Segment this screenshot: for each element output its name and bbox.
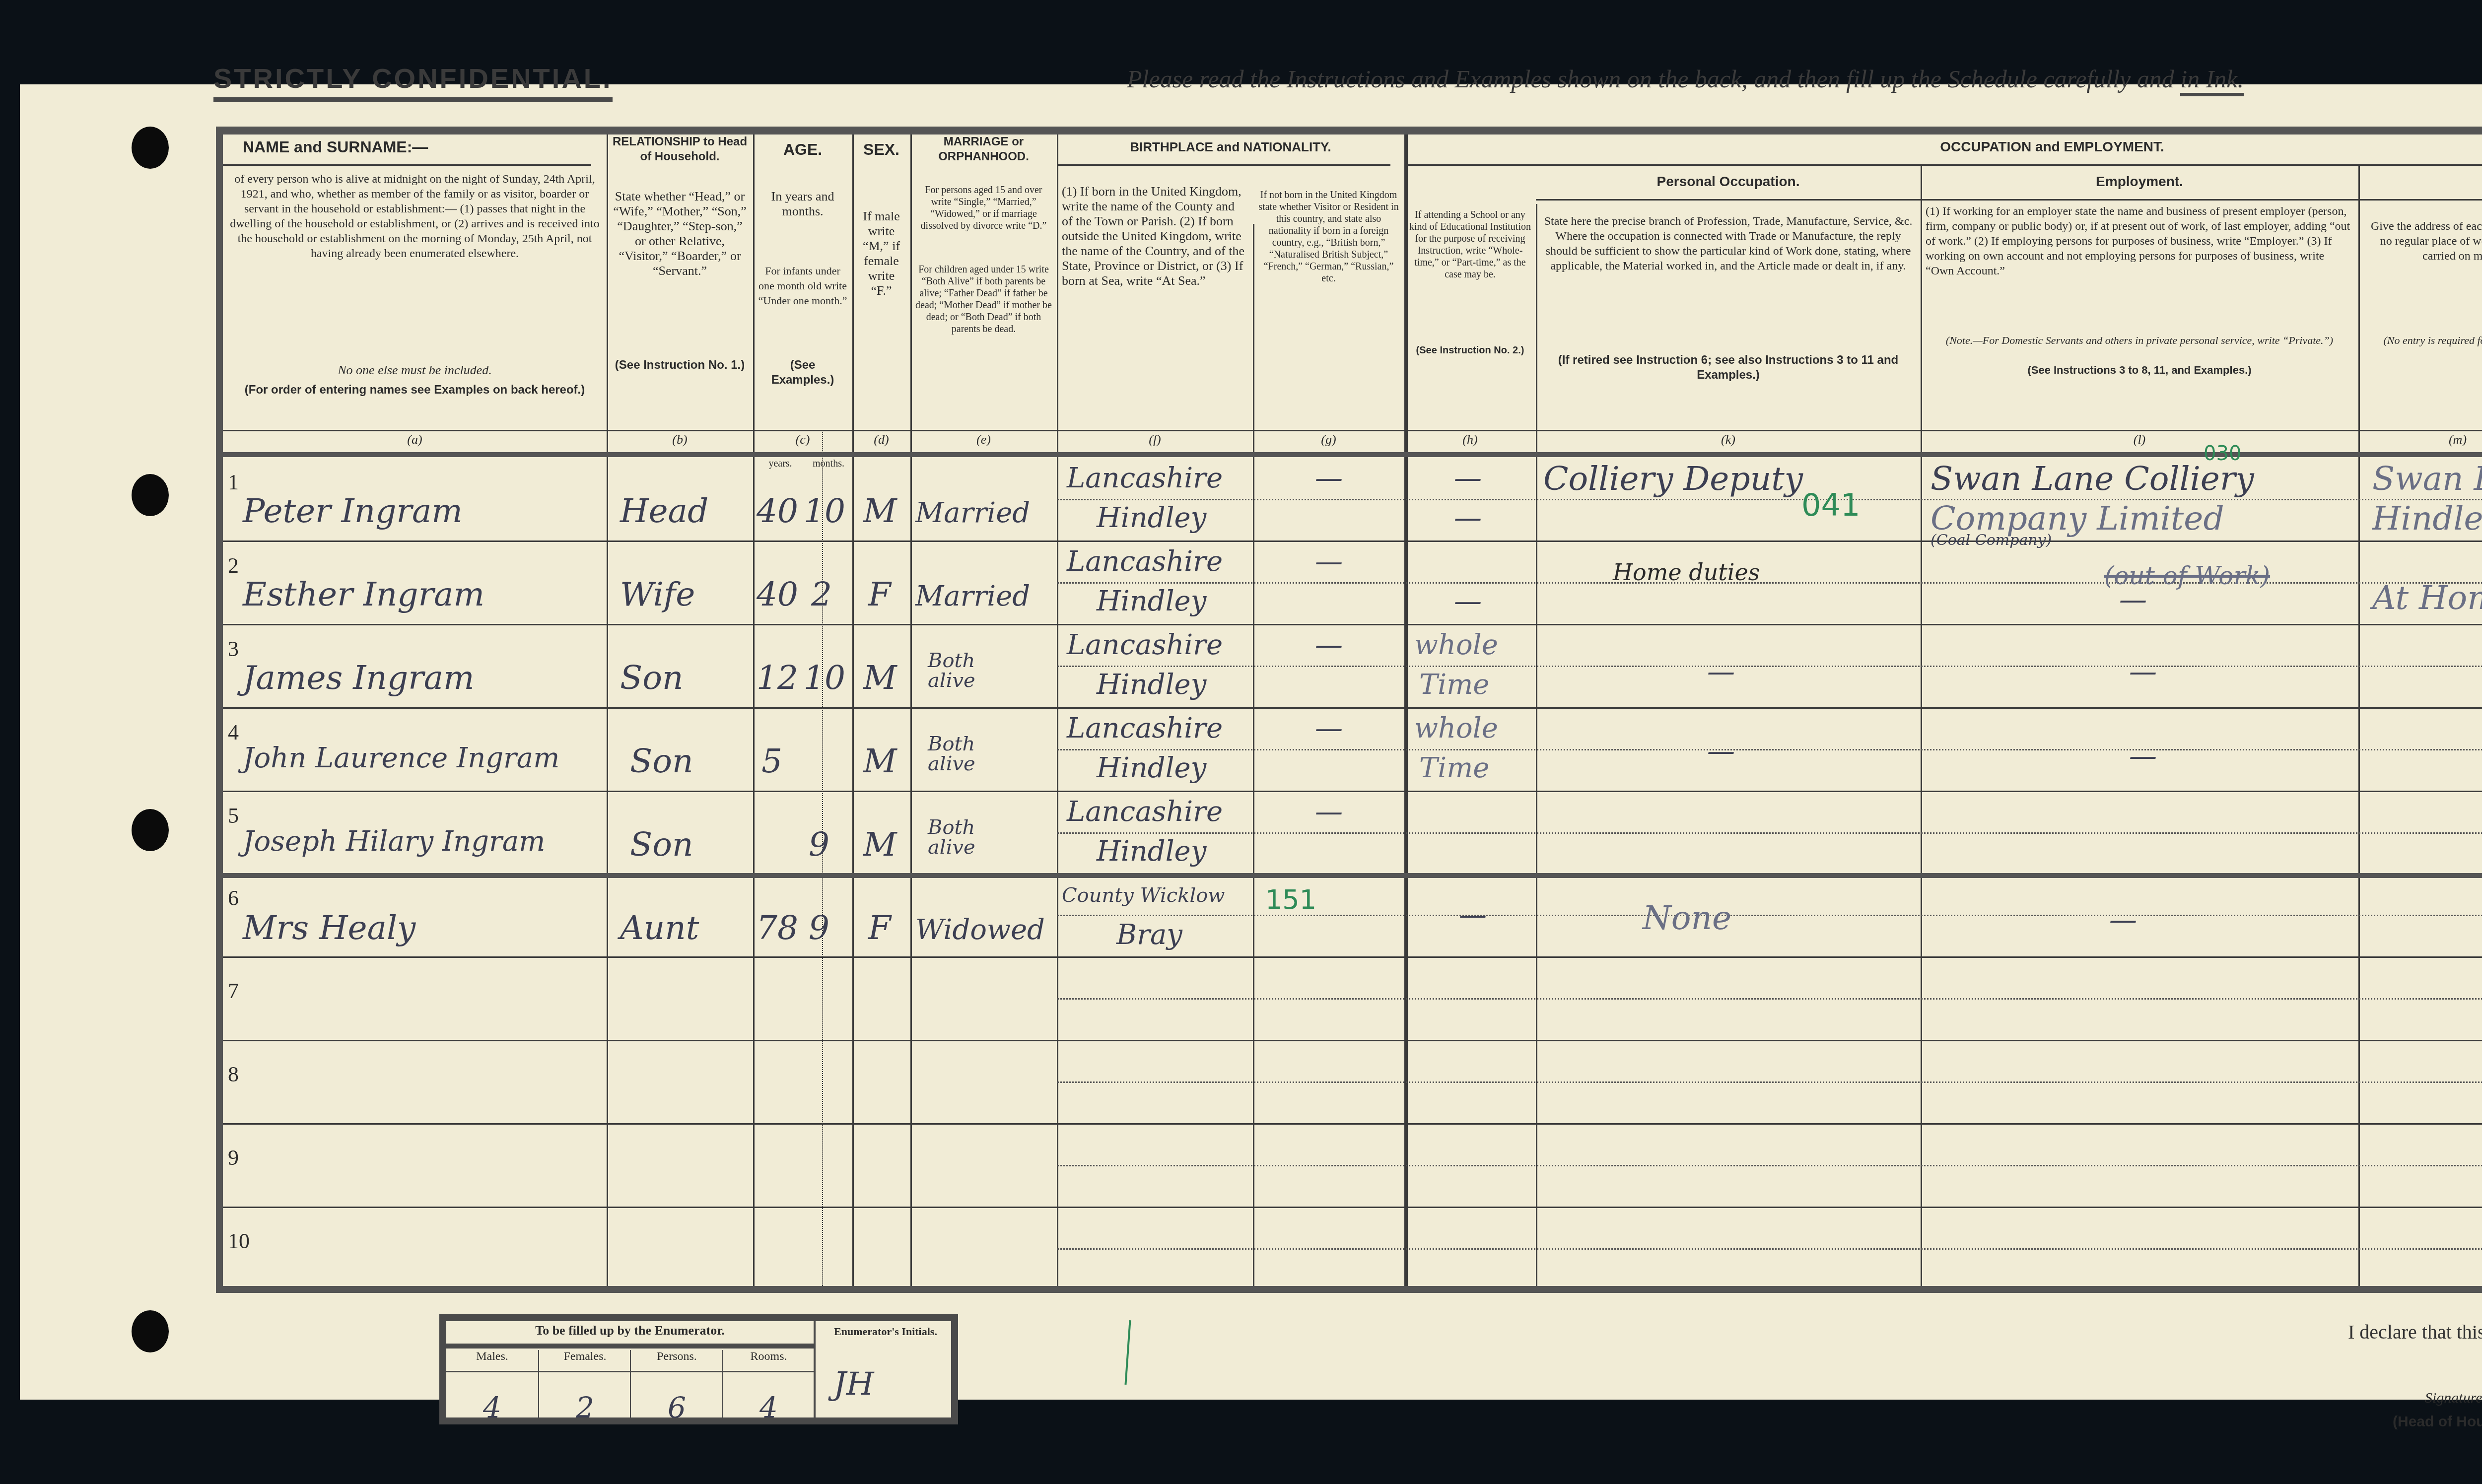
birth-town: Hindley — [1097, 835, 1206, 868]
relationship: Wife — [620, 575, 695, 613]
sex: M — [863, 742, 897, 780]
row-rule — [223, 791, 2482, 792]
enumerator-box-title: To be filled up by the Enumerator. — [446, 1323, 814, 1338]
employer-note: (Coal Company) — [1930, 532, 2052, 549]
birth-county: Lancashire — [1067, 629, 1223, 661]
col-letter: (f) — [1057, 432, 1253, 447]
employer: — — [2129, 740, 2157, 772]
col-c-title: AGE. — [753, 142, 852, 157]
row-number: 10 — [228, 1228, 250, 1254]
person-name: James Ingram — [243, 659, 475, 697]
marriage-status: Both alive — [928, 651, 992, 690]
school-attendance: — — [1454, 585, 1482, 617]
age-months: 9 — [809, 909, 829, 947]
col-rule — [2358, 164, 2360, 1286]
punch-hole — [132, 809, 169, 851]
col-a-note: No one else must be included. — [223, 363, 607, 378]
birth-county: Lancashire — [1067, 545, 1223, 578]
col-e-desc: For persons aged 15 and over write “Sing… — [910, 184, 1057, 232]
row-number: 5 — [228, 803, 239, 828]
row-number: 3 — [228, 636, 239, 662]
birth-town: Hindley — [1097, 752, 1206, 784]
col-c-infant: For infants under one month old write “U… — [753, 264, 852, 308]
declaration-text: I declare that this Schedule is correctl… — [2348, 1320, 2482, 1344]
relationship: Son — [630, 825, 693, 864]
signature-caption: (Head of Household, Manager of Establish… — [2393, 1414, 2482, 1430]
age-months: 10 — [804, 659, 845, 697]
col-e-title: MARRIAGE or ORPHANHOOD. — [910, 135, 1057, 164]
sex: M — [863, 659, 897, 697]
col-l-see: (See Instructions 3 to 8, 11, and Exampl… — [1921, 363, 2358, 378]
sex: M — [863, 492, 897, 530]
col-m-title: Place of Work. — [2358, 174, 2482, 189]
birth-county: Lancashire — [1067, 712, 1223, 744]
birthplace-title: BIRTHPLACE and NATIONALITY. — [1057, 139, 1404, 154]
occupation: — — [1707, 735, 1735, 767]
birth-county: Lancashire — [1067, 796, 1223, 828]
place-of-work: Hindley Green — [2372, 499, 2482, 538]
mid-rule — [1057, 998, 2482, 1000]
mid-rule — [1057, 666, 2482, 667]
mid-rule — [1057, 749, 2482, 750]
row-rule — [223, 1123, 2482, 1125]
col-letter: (c) — [753, 432, 852, 447]
occupation: Home duties — [1613, 559, 1760, 586]
age-years: 40 — [757, 575, 798, 613]
occupation-title: OCCUPATION and EMPLOYMENT. — [1404, 139, 2482, 154]
school-attendance: whole — [1414, 712, 1498, 744]
row-rule — [223, 624, 2482, 625]
rooms-cell: Rooms.4 — [722, 1350, 815, 1424]
marriage-status: Both alive — [928, 817, 992, 857]
relationship: Son — [620, 659, 683, 697]
males-cell: Males.4 — [446, 1350, 538, 1424]
col-m-desc: Give the address of each person's place … — [2358, 219, 2482, 264]
occupation: Colliery Deputy — [1543, 460, 1803, 498]
punch-hole — [132, 127, 169, 169]
row-number: 6 — [228, 885, 239, 911]
row-number: 9 — [228, 1145, 239, 1170]
age-months: 2 — [811, 575, 832, 613]
marriage-status: Married — [915, 497, 1030, 529]
mid-rule — [1057, 832, 2482, 834]
col-m-note: (No entry is required for any person who… — [2358, 333, 2482, 348]
person-name: Joseph Hilary Ingram — [243, 825, 545, 858]
employer-code: 030 — [2204, 442, 2241, 465]
col-c-desc: In years and months. — [753, 189, 852, 219]
age-years: 5 — [761, 742, 782, 780]
col-d-desc: If male write “M,” if female write “F.” — [852, 209, 910, 298]
age-years-label: years. — [753, 456, 808, 471]
col-rule — [852, 135, 854, 1286]
mid-rule — [1057, 1248, 2482, 1250]
col-letter: (e) — [910, 432, 1057, 447]
top-instruction: Please read the Instructions and Example… — [1127, 65, 2244, 93]
col-b-desc: State whether “Head,” or “Wife,” “Mother… — [607, 189, 753, 278]
nationality: — — [1315, 712, 1343, 744]
row-rule — [223, 707, 2482, 709]
employer: — — [2129, 656, 2157, 688]
school-attendance: — — [1454, 502, 1482, 534]
persons-cell: Persons.6 — [630, 1350, 723, 1424]
row-rule — [223, 1207, 2482, 1208]
col-g-desc: If not born in the United Kingdom state … — [1253, 189, 1404, 284]
employer: — — [2119, 584, 2147, 616]
nationality: — — [1315, 462, 1343, 494]
sex: F — [868, 575, 891, 613]
col-rule — [1253, 224, 1254, 1286]
age-months: 10 — [804, 492, 845, 530]
place-of-work: Swan Lane — [2372, 460, 2482, 498]
row-rule — [223, 956, 2482, 958]
col-a-order: (For order of entering names see Example… — [223, 383, 607, 398]
marriage-status: Both alive — [928, 734, 992, 774]
person-name: Mrs Healy — [243, 909, 415, 947]
relationship: Head — [620, 492, 708, 530]
punch-hole — [132, 474, 169, 516]
enumerator-initials-label: Enumerator's Initials. — [819, 1325, 953, 1338]
employer: Swan Lane Colliery — [1930, 460, 2254, 498]
birth-town: Hindley — [1097, 585, 1206, 617]
col-k-desc: State here the precise branch of Profess… — [1536, 214, 1921, 273]
birth-county: County Wicklow — [1062, 884, 1225, 907]
col-letter: (h) — [1404, 432, 1536, 447]
sex: M — [863, 825, 897, 864]
col-b-title: RELATIONSHIP to Head of Household. — [607, 135, 753, 164]
age-months: 9 — [809, 825, 829, 864]
col-b-see: (See Instruction No. 1.) — [607, 358, 753, 373]
relationship: Aunt — [620, 909, 699, 947]
col-l-note: (Note.—For Domestic Servants and others … — [1921, 333, 2358, 348]
occupation: — — [1707, 656, 1735, 688]
col-h-desc: If attending a School or any kind of Edu… — [1404, 209, 1536, 280]
row-rule — [223, 1040, 2482, 1041]
col-a-desc: of every person who is alive at midnight… — [223, 172, 607, 261]
row-number: 2 — [228, 553, 239, 578]
marriage-status: Married — [915, 580, 1030, 612]
col-d-title: SEX. — [852, 142, 910, 157]
row-rule — [223, 873, 2482, 878]
col-l-desc: (1) If working for an employer state the… — [1921, 204, 2358, 278]
col-rule — [607, 135, 608, 1286]
col-letter: (g) — [1253, 432, 1404, 447]
person-name: John Laurence Ingram — [243, 742, 559, 774]
person-name: Peter Ingram — [243, 492, 463, 530]
occupation-code: 041 — [1801, 487, 1860, 523]
enumerator-initials: JH — [833, 1366, 874, 1403]
mid-rule — [1057, 1081, 2482, 1083]
col-a-title: NAME and SURNAME:— — [223, 139, 607, 154]
nationality-code: 151 — [1265, 884, 1316, 915]
col-letter: (l) — [1921, 432, 2358, 447]
person-name: Esther Ingram — [243, 575, 484, 613]
age-years: 40 — [757, 492, 798, 530]
mid-rule — [1057, 1165, 2482, 1166]
age-months-label: months. — [804, 456, 853, 471]
col-c-see: (See Examples.) — [753, 358, 852, 388]
school-attendance: Time — [1419, 669, 1490, 701]
col-l-title: Employment. — [1921, 174, 2358, 189]
school-attendance: — — [1454, 462, 1482, 494]
header-rule — [1404, 164, 2482, 166]
col-letter: (a) — [223, 432, 607, 447]
females-cell: Females.2 — [538, 1350, 631, 1424]
col-letter: (b) — [607, 432, 753, 447]
row-number: 8 — [228, 1062, 239, 1087]
confidential-heading: STRICTLY CONFIDENTIAL. — [213, 62, 613, 102]
birth-town: Bray — [1116, 919, 1182, 951]
school-attendance: — — [1459, 899, 1487, 931]
header-rule — [223, 452, 2482, 457]
marriage-status: Widowed — [915, 914, 1045, 946]
col-h-see: (See Instruction No. 2.) — [1404, 343, 1536, 358]
col-f-desc: (1) If born in the United Kingdom, write… — [1057, 184, 1253, 288]
enumerator-totals-box: To be filled up by the Enumerator. Enume… — [439, 1314, 958, 1424]
header-rule — [1057, 164, 1390, 166]
relationship: Son — [630, 742, 693, 780]
header-rule — [223, 164, 591, 166]
row-rule — [223, 540, 2482, 542]
col-letter: (d) — [852, 432, 910, 447]
nationality: — — [1315, 629, 1343, 661]
age-years: 12 — [757, 659, 798, 697]
col-rule — [1057, 135, 1058, 1286]
col-k-title: Personal Occupation. — [1536, 174, 1921, 189]
birth-town: Hindley — [1097, 669, 1206, 701]
col-e-children: For children aged under 15 write “Both A… — [910, 264, 1057, 335]
census-table: NAME and SURNAME:— of every person who i… — [216, 127, 2482, 1293]
row-number: 1 — [228, 470, 239, 495]
punch-hole — [132, 1310, 169, 1352]
signature-label: Signature — [2425, 1390, 2482, 1407]
row-number: 4 — [228, 720, 239, 745]
col-rule — [1921, 164, 1922, 1286]
col-k-see: (If retired see Instruction 6; see also … — [1536, 353, 1921, 383]
birth-town: Hindley — [1097, 502, 1206, 534]
row-number: 7 — [228, 978, 239, 1004]
header-rule — [1536, 199, 2482, 201]
school-attendance: whole — [1414, 629, 1498, 661]
header-rule — [223, 430, 2482, 431]
col-rule — [1404, 135, 1408, 1286]
sex: F — [868, 909, 891, 947]
occupation: None — [1643, 899, 1731, 937]
nationality: — — [1315, 545, 1343, 578]
nationality: — — [1315, 796, 1343, 828]
col-letter: (k) — [1536, 432, 1921, 447]
mid-rule — [1057, 499, 2482, 500]
birth-county: Lancashire — [1067, 462, 1223, 494]
col-letter: (m) — [2358, 432, 2482, 447]
age-years: 78 — [757, 909, 798, 947]
place-of-work: At Home — [2372, 579, 2482, 617]
employer: — — [2109, 904, 2137, 936]
school-attendance: Time — [1419, 752, 1490, 784]
